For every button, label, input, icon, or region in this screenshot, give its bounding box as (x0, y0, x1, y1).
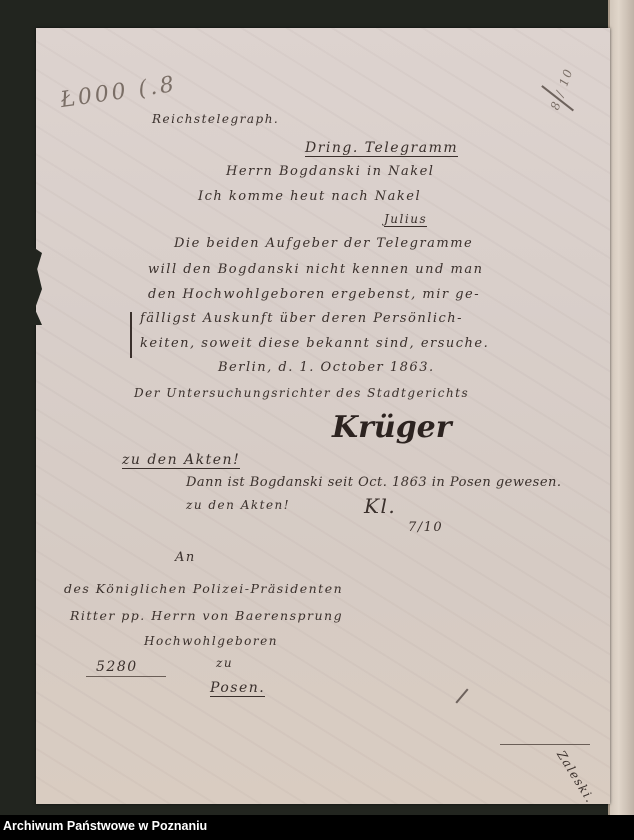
body-line-4: fälligst Auskunft über deren Persönlich- (140, 311, 463, 326)
telegram-line-1: Dring. Telegramm (305, 140, 458, 157)
heading: Reichstelegraph. (152, 112, 279, 126)
signature-rule (500, 744, 590, 745)
signature-krueger: Krüger (332, 410, 452, 445)
body-line-3: den Hochwohlgeboren ergebenst, mir ge- (148, 287, 480, 302)
body-line-1: Die beiden Aufgeber der Telegramme (174, 236, 473, 251)
closing-line: Der Untersuchungsrichter des Stadtgerich… (134, 386, 469, 400)
margin-bracket (130, 312, 132, 358)
annotation-line-3: zu den Akten! (186, 498, 290, 512)
footer-bar: Archiwum Państwowe w Poznaniu (0, 815, 634, 840)
archive-name: Archiwum Państwowe w Poznaniu (3, 819, 207, 833)
reference-underline (86, 676, 166, 677)
telegram-line-4: Julius (384, 212, 427, 227)
body-line-5: keiten, soweit diese bekannt sind, ersuc… (140, 336, 489, 351)
annotation-date: 7/10 (408, 520, 443, 535)
document-scan: Ł000 (.8 8 / 10 Reichstelegraph. Dring. … (0, 0, 634, 815)
telegram-line-2: Herrn Bogdanski in Nakel (226, 164, 434, 179)
reference-number: 5280 (96, 659, 138, 675)
destination: Posen. (210, 680, 265, 697)
address-line-zu: zu (216, 656, 233, 670)
address-line-2: Ritter pp. Herrn von Baerensprung (70, 608, 343, 623)
annotation-initials: Kl. (364, 494, 396, 518)
address-line-an: An (175, 550, 196, 565)
address-line-3: Hochwohlgeboren (144, 634, 278, 648)
address-line-1: des Königlichen Polizei-Präsidenten (64, 581, 343, 596)
binding-edge (608, 0, 634, 815)
annotation-line-2: Dann ist Bogdanski seit Oct. 1863 in Pos… (186, 475, 562, 490)
telegram-line-3: Ich komme heut nach Nakel (198, 189, 421, 204)
body-line-2: will den Bogdanski nicht kennen und man (148, 262, 483, 277)
place-date-line: Berlin, d. 1. October 1863. (218, 360, 435, 375)
annotation-line-1: zu den Akten! (122, 452, 240, 469)
